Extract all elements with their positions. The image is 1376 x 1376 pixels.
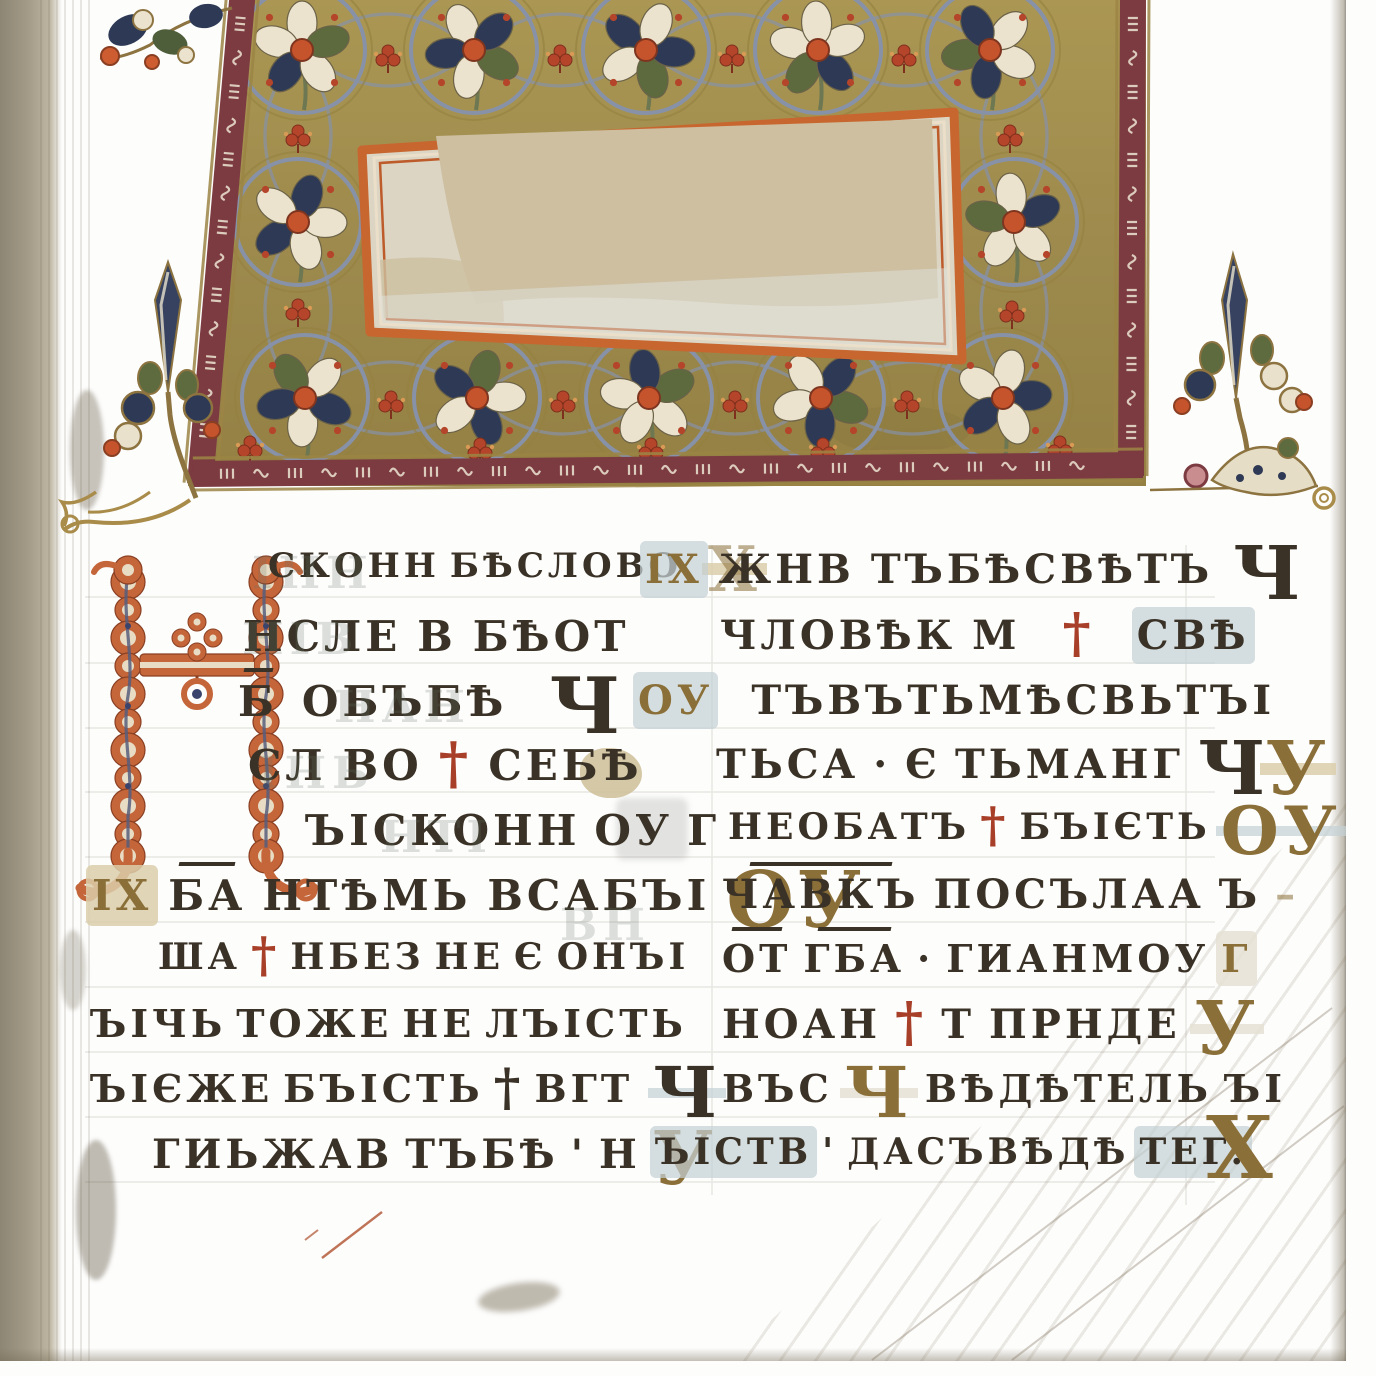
text-token: ЖНВ bbox=[719, 546, 855, 593]
text-token: СВѢ bbox=[1137, 612, 1250, 659]
text-token: ІХ bbox=[645, 546, 703, 593]
text-token: ОУ bbox=[594, 806, 673, 855]
text-token: ЛЪІСТЬ bbox=[485, 1001, 687, 1046]
text-token: ПОСЪЛАА bbox=[934, 871, 1205, 918]
text-line: ІХЖНВТЪБѢСВѢТЪЧ bbox=[645, 546, 1305, 593]
text-line: ОУТЪВЪТЬМѢСВЬТЪІ bbox=[638, 677, 1275, 724]
text-line: ЪІСКОННОУГ bbox=[305, 806, 720, 855]
text-line: НОАН†ТПРНДЕУ bbox=[722, 1001, 1259, 1048]
text-token: ВГТ bbox=[534, 1066, 633, 1111]
text-line: ЧЛОВѢКМ†СВѢ bbox=[720, 612, 1250, 659]
text-token: ГИАНМОУ bbox=[946, 936, 1209, 981]
text-block: СКОННБѢСЛОВОХІХЖНВТЪБѢСВѢТЪЧНСЛЕВБѢОТЧЛО… bbox=[0, 0, 1376, 1376]
text-line: ЪІЧЬТОЖЕНЕЛЪІСТЬ bbox=[90, 1001, 687, 1046]
text-line: ЪІСТВ'ДАСЪВѢДѢТЕГ. bbox=[655, 1131, 1247, 1173]
text-token: ЪІСТВ bbox=[655, 1131, 812, 1173]
text-line: ТЬСА·ЄТЬМАНГЧУ bbox=[716, 741, 1330, 788]
text-token: НЕОБАТЪ bbox=[728, 806, 970, 848]
text-token: БЪІСТЬ bbox=[283, 1066, 483, 1111]
text-token: Б bbox=[238, 677, 278, 726]
text-token: ПРНДЕ bbox=[989, 1001, 1181, 1048]
show-through-text: ІНЬ bbox=[258, 748, 374, 799]
text-token: Г bbox=[687, 806, 720, 855]
text-line: ЧАВКЪПОСЪЛААЪ– bbox=[722, 871, 1299, 918]
text-token: ' bbox=[822, 1131, 837, 1173]
text-token: ТЪВЪТЬМѢСВЬТЪІ bbox=[751, 677, 1275, 724]
text-token: НТѢМЬ bbox=[262, 871, 471, 920]
text-token: · bbox=[917, 936, 934, 981]
text-token: НОАН bbox=[722, 1001, 881, 1048]
text-token: Є bbox=[514, 936, 547, 978]
text-token: ТЪБѢСВѢТЪ bbox=[871, 546, 1213, 593]
text-token: ГБА bbox=[803, 936, 905, 981]
text-token: ТЬМАНГ bbox=[955, 741, 1184, 788]
show-through-text: ІНН bbox=[252, 548, 374, 599]
text-token: Ъ bbox=[1219, 871, 1261, 918]
text-line: ГИЬЖАВТЪБѢ'НУ bbox=[152, 1131, 717, 1178]
text-line: НЕОБАТЪ†БЪІЄТЬОУ bbox=[728, 806, 1341, 848]
text-token: БЪІЄТЬ bbox=[1020, 806, 1211, 848]
text-line: ВЪСЧВѢДѢТЕЛЬЪІ bbox=[722, 1066, 1286, 1111]
text-token: ГИЬЖАВ bbox=[152, 1131, 393, 1178]
text-line: ОТГБА·ГИАНМОУГ bbox=[722, 936, 1252, 981]
show-through-text: НТІ bbox=[380, 812, 493, 863]
text-token: ДАСЪВѢДѢ bbox=[847, 1131, 1129, 1173]
text-token: ВѢДѢТЕЛЬ bbox=[925, 1066, 1212, 1111]
text-token: НЕ bbox=[402, 1001, 475, 1046]
text-token: ЧАВКЪ bbox=[722, 871, 920, 918]
show-through-text: ВН bbox=[560, 900, 651, 951]
text-token: Г bbox=[1221, 936, 1251, 981]
text-token: БѢОТ bbox=[473, 612, 630, 661]
text-token: В bbox=[417, 612, 457, 661]
text-token: ІХ bbox=[92, 871, 152, 920]
text-token: ВЪС bbox=[722, 1066, 833, 1111]
text-line: ЪІЄЖЕБЪІСТЬ†ВГТЧ bbox=[90, 1066, 721, 1111]
text-token: ЪІЧЬ bbox=[90, 1001, 226, 1046]
text-token: ЧЛОВѢК bbox=[720, 612, 956, 659]
text-token: Н bbox=[599, 1131, 641, 1178]
text-token: СЕБѢ bbox=[488, 741, 642, 790]
text-token: Т bbox=[941, 1001, 975, 1048]
text-token: – bbox=[1275, 871, 1299, 918]
text-token: ЪІЄЖЕ bbox=[90, 1066, 273, 1111]
text-token: ' bbox=[571, 1131, 587, 1178]
text-token: · bbox=[873, 741, 891, 788]
text-token: НЕ bbox=[435, 936, 504, 978]
text-token: ОТ bbox=[722, 936, 791, 981]
text-token: ША bbox=[158, 936, 241, 978]
text-token: БА bbox=[168, 871, 246, 920]
show-through-text: НАН bbox=[334, 682, 471, 733]
text-token: ТОЖЕ bbox=[236, 1001, 392, 1046]
text-token: ОУ bbox=[638, 677, 713, 724]
show-through-text: НІВ bbox=[242, 614, 359, 665]
floating-letter: Х bbox=[1206, 1098, 1273, 1199]
text-token: Є bbox=[905, 741, 941, 788]
text-token: НБЕЗ bbox=[290, 936, 424, 978]
text-token: М bbox=[972, 612, 1020, 659]
text-token: ТЬСА bbox=[716, 741, 859, 788]
manuscript-photo: СКОННБѢСЛОВОХІХЖНВТЪБѢСВѢТЪЧНСЛЕВБѢОТЧЛО… bbox=[0, 0, 1376, 1376]
text-token: ТЪБѢ bbox=[405, 1131, 558, 1178]
